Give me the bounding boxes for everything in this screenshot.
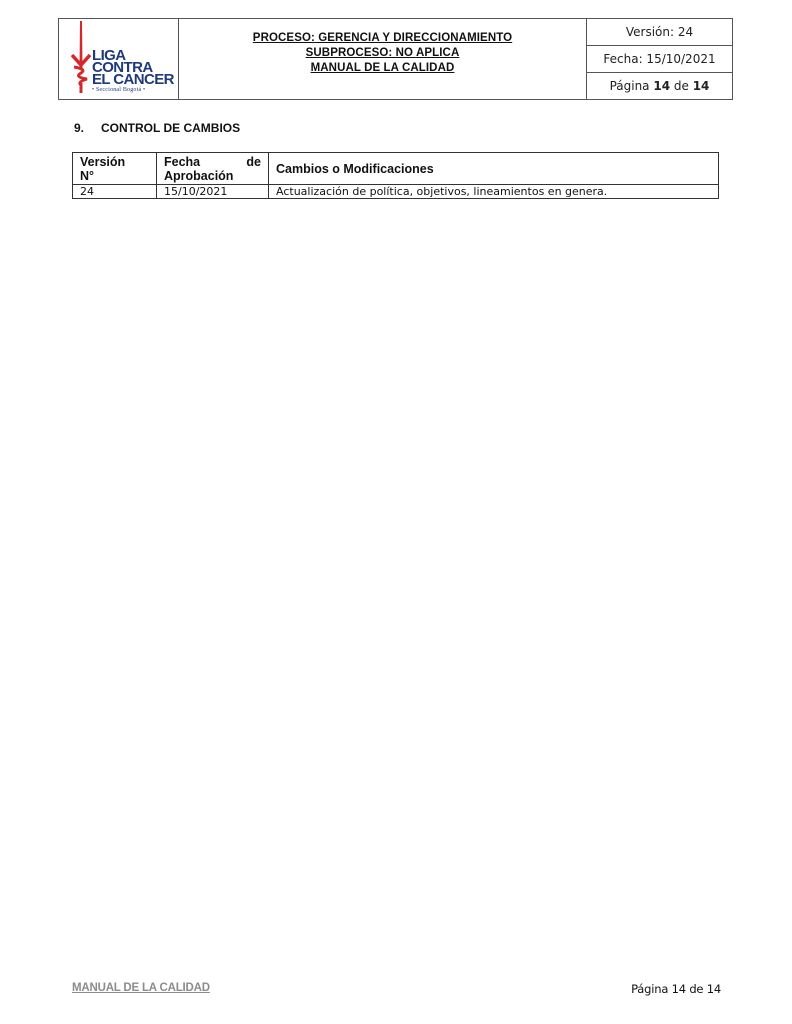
- date-cell: Fecha: 15/10/2021: [587, 46, 733, 73]
- change-control-table: Versión N° Fecha de Aprobación Cambios o…: [72, 152, 719, 199]
- liga-contra-el-cancer-logo: LIGA CONTRA EL CANCER • Seccional Bogotá…: [59, 19, 178, 99]
- sword-caduceus-icon: [69, 21, 93, 97]
- column-header-changes: Cambios o Modificaciones: [269, 153, 719, 185]
- table-row: 24 15/10/2021 Actualización de política,…: [73, 185, 719, 199]
- footer-document-title: MANUAL DE LA CALIDAD: [72, 982, 210, 994]
- page-total: 14: [693, 79, 710, 93]
- section-title: CONTROL DE CAMBIOS: [101, 121, 240, 135]
- page-prefix: Página: [610, 79, 654, 93]
- cell-changes: Actualización de política, objetivos, li…: [269, 185, 719, 199]
- document-title: MANUAL DE LA CALIDAD: [179, 61, 586, 76]
- document-header: LIGA CONTRA EL CANCER • Seccional Bogotá…: [58, 18, 733, 100]
- logo-subtitle: • Seccional Bogotá •: [92, 87, 145, 93]
- cell-version: 24: [73, 185, 157, 199]
- section-number: 9.: [74, 121, 101, 135]
- header-de-word: de: [246, 155, 261, 169]
- column-header-version: Versión N°: [73, 153, 157, 185]
- cell-approval-date: 15/10/2021: [157, 185, 269, 199]
- header-fecha-line1: Fecha de: [164, 155, 261, 169]
- column-header-approval-date: Fecha de Aprobación: [157, 153, 269, 185]
- process-title: PROCESO: GERENCIA Y DIRECCIONAMIENTO: [179, 31, 586, 46]
- page-current: 14: [653, 79, 670, 93]
- header-title-cell: PROCESO: GERENCIA Y DIRECCIONAMIENTO SUB…: [179, 19, 587, 100]
- subprocess-title: SUBPROCESO: NO APLICA: [179, 46, 586, 61]
- page-sep: de: [670, 79, 693, 93]
- table-header-row: Versión N° Fecha de Aprobación Cambios o…: [73, 153, 719, 185]
- logo-text-line3: EL CANCER: [92, 74, 174, 86]
- page-number-cell: Página 14 de 14: [587, 73, 733, 100]
- header-fecha-line2: Aprobación: [164, 169, 261, 183]
- header-fecha-word: Fecha: [164, 155, 200, 169]
- header-version-line1: Versión: [80, 155, 149, 169]
- section-heading: 9.CONTROL DE CAMBIOS: [74, 121, 240, 135]
- header-version-line2: N°: [80, 169, 149, 183]
- footer-page-number: Página 14 de 14: [631, 982, 721, 996]
- version-cell: Versión: 24: [587, 19, 733, 46]
- logo-cell: LIGA CONTRA EL CANCER • Seccional Bogotá…: [59, 19, 179, 100]
